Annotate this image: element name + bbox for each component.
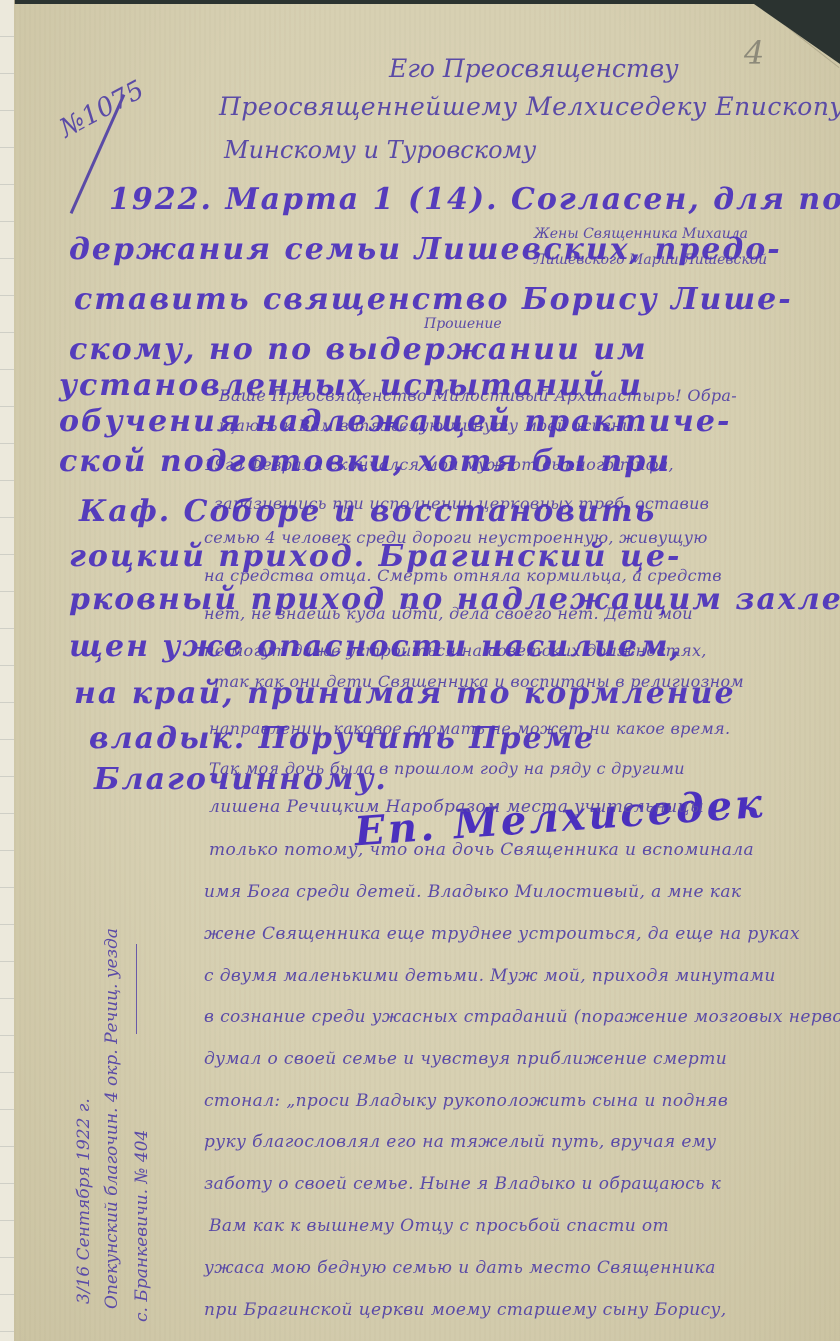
margin-underline <box>136 944 137 1034</box>
resolution-line: установленных испытаний и <box>59 368 643 403</box>
address-line-1: Его Преосвященству <box>389 54 679 83</box>
insertion-note: Прошение <box>424 316 502 332</box>
petition-body-line: стонал: „проси Владыку рукоположить сына… <box>204 1091 728 1111</box>
page-number: 4 <box>744 34 764 72</box>
petition-body-line: ужаса мою бедную семью и дать место Свящ… <box>204 1258 716 1278</box>
document-page: 4 №1075 Его Преосвященству Преосвященней… <box>14 4 840 1341</box>
petition-body-line: Вам как к вышнему Отцу с просьбой спасти… <box>209 1216 669 1236</box>
binding-strip <box>0 0 15 1341</box>
petition-body-line: только потому, что она дочь Священника и… <box>209 840 754 860</box>
margin-note-deanery: Опекунский благочин. 4 окр. Речиц. уезда <box>102 928 122 1309</box>
petition-body-line: при Брагинской церкви моему старшему сын… <box>204 1300 727 1320</box>
resolution-line: щен уже опасности насилием, <box>69 629 682 664</box>
registration-number: №1075 <box>55 75 149 144</box>
resolution-line: обучения надлежащей практиче- <box>59 404 731 439</box>
petition-body-line: руку благословлял его на тяжелый путь, в… <box>204 1132 717 1152</box>
resolution-line: на край, принимая то кормление <box>74 676 736 711</box>
resolution-line: ставить священство Борису Лише- <box>74 282 793 317</box>
petition-body-line: жене Священника еще труднее устроиться, … <box>204 924 800 944</box>
resolution-line: ской подготовки, хотя бы при <box>59 444 671 479</box>
resolution-line: Каф. Соборе и восстановить <box>79 494 656 529</box>
address-line-2: Преосвященнейшему Мелхиседеку Епископу <box>219 92 840 121</box>
petition-body-line: имя Бога среди детей. Владыко Милостивый… <box>204 882 741 902</box>
resolution-line: 1922. Марта 1 (14). Согласен, для под- <box>109 182 840 217</box>
petition-body-line: в сознание среди ужасных страданий (пора… <box>204 1007 840 1027</box>
folded-corner <box>784 24 840 68</box>
resolution-line: гоцкий приход. Брагинский це- <box>69 539 681 574</box>
resolution-line: Благочинному. <box>94 762 388 797</box>
petition-body-line: заботу о своей семье. Ныне я Владыко и о… <box>204 1174 721 1194</box>
resolution-line: рковный приход по надлежащим захлеб- <box>69 582 840 617</box>
resolution-line: скому, но по выдержании им <box>69 332 648 367</box>
resolution-line: держания семьи Лишевских, предо- <box>69 232 782 267</box>
margin-note-village: с. Бранкевичи. № 404 <box>132 1130 152 1322</box>
petition-body-line: с двумя маленькими детьми. Муж мой, прих… <box>204 966 776 986</box>
address-line-3: Минскому и Туровскому <box>224 136 536 164</box>
petition-body-line: думал о своей семье и чувствуя приближен… <box>204 1049 727 1069</box>
margin-note-date: 3/16 Сентября 1922 г. <box>74 1098 94 1304</box>
resolution-line: владык. Поручить Преме <box>89 721 595 756</box>
petition-body-line: лишена Речицким Наробразом места учитель… <box>209 797 704 817</box>
